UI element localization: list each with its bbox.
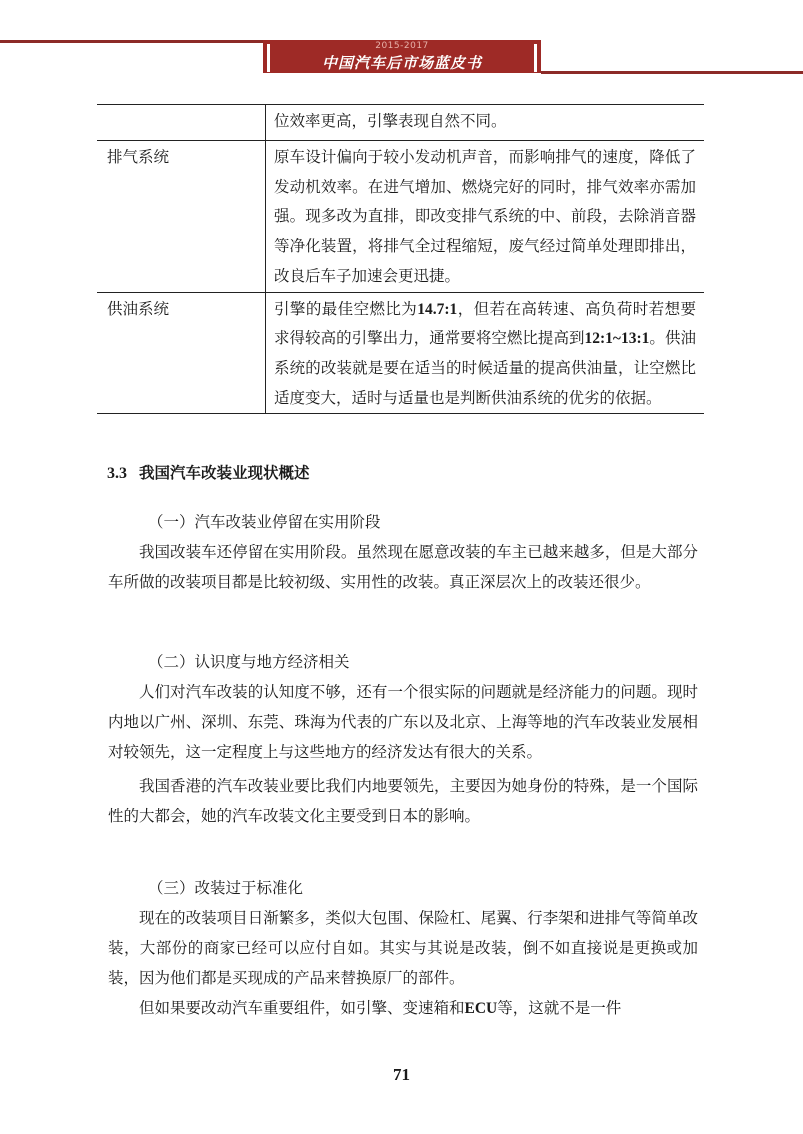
paragraph: 现在的改装项目日渐繁多，类似大包围、保险杠、尾翼、行李架和进排气等简单改装，大部… [108,903,698,993]
table-cell-content: 位效率更高，引擎表现自然不同。 [266,105,705,141]
table-cell-content: 原车设计偏向于较小发动机声音，而影响排气的速度，降低了发动机效率。在进气增加、燃… [266,141,705,293]
ratio-value: 14.7:1 [417,301,457,318]
subsection-3: （三）改装过于标准化 现在的改装项目日渐繁多，类似大包围、保险杠、尾翼、行李架和… [108,873,698,1024]
subsection-heading: （三）改装过于标准化 [108,873,698,903]
table-cell-label [97,105,266,141]
text-run: 引擎的最佳空燃比为 [274,300,417,318]
subsection-heading: （二）认识度与地方经济相关 [108,647,698,677]
subsection-heading: （一）汽车改装业停留在实用阶段 [108,507,698,537]
header-banner: 2015-2017 中国汽车后市场蓝皮书 [263,40,541,73]
table-cell-label: 供油系统 [97,292,266,414]
paragraph: 我国香港的汽车改装业要比我们内地要领先，主要因为她身份的特殊，是一个国际性的大都… [108,771,698,831]
section-heading: 3.3我国汽车改装业现状概述 [107,461,310,483]
header-years: 2015-2017 [263,41,541,51]
header-rule-right [541,71,803,74]
section-title: 我国汽车改装业现状概述 [139,464,310,482]
section-number: 3.3 [107,465,127,482]
ecu-term: ECU [465,1000,498,1017]
table-row: 位效率更高，引擎表现自然不同。 [97,105,704,141]
page-number: 71 [0,1065,803,1085]
paragraph: 但如果要改动汽车重要组件，如引擎、变速箱和ECU等，这就不是一件 [108,993,698,1024]
subsection-1: （一）汽车改装业停留在实用阶段 我国改装车还停留在实用阶段。虽然现在愿意改装的车… [108,507,698,597]
text-run: 等，这就不是一件 [497,999,621,1017]
header-title: 中国汽车后市场蓝皮书 [263,52,541,73]
table-row: 排气系统 原车设计偏向于较小发动机声音，而影响排气的速度，降低了发动机效率。在进… [97,141,704,293]
header-rule-left [0,40,264,43]
paragraph: 人们对汽车改装的认知度不够，还有一个很实际的问题就是经济能力的问题。现时内地以广… [108,677,698,767]
table-row: 供油系统 引擎的最佳空燃比为14.7:1，但若在高转速、高负荷时若想要求得较高的… [97,292,704,414]
table-cell-content: 引擎的最佳空燃比为14.7:1，但若在高转速、高负荷时若想要求得较高的引擎出力，… [266,292,705,414]
modification-table: 位效率更高，引擎表现自然不同。 排气系统 原车设计偏向于较小发动机声音，而影响排… [97,104,704,414]
ratio-range: 12:1~13:1 [585,330,650,347]
table-cell-label: 排气系统 [97,141,266,293]
text-run: 但如果要改动汽车重要组件，如引擎、变速箱和 [139,999,465,1017]
banner-bar-right [534,44,537,72]
paragraph: 我国改装车还停留在实用阶段。虽然现在愿意改装的车主已越来越多，但是大部分车所做的… [108,537,698,597]
subsection-2: （二）认识度与地方经济相关 人们对汽车改装的认知度不够，还有一个很实际的问题就是… [108,647,698,831]
